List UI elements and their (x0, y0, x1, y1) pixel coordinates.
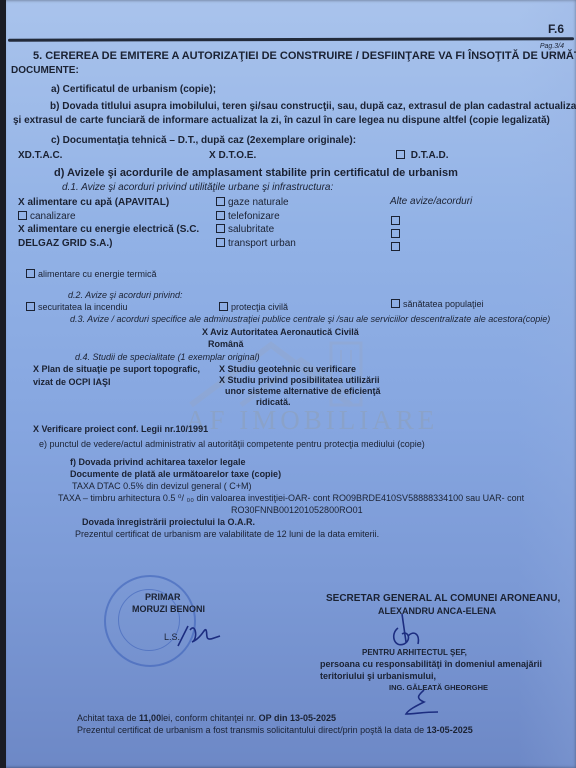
section-title: 5. CEREREA DE EMITERE A AUTORIZAŢIEI DE … (33, 50, 576, 62)
d1-thermal[interactable]: alimentare cu energie termică (26, 269, 157, 279)
d4-right-1: X Studiu geotehnic cu verificare (219, 364, 356, 374)
option-label: alimentare cu energie termică (38, 269, 157, 279)
option-label: salubritate (228, 224, 274, 235)
f-tax2: TAXA – timbru arhitectura 0.5 ⁰/ ₀₀ din … (58, 493, 524, 504)
checkbox-empty[interactable] (216, 224, 225, 233)
payment-ref: OP din 13-05-2025 (259, 713, 336, 723)
d4-right-2: X Studiu privind posibilitatea utilizări… (219, 375, 380, 385)
form-code: F.6 (548, 22, 564, 36)
checkbox-empty[interactable] (396, 150, 405, 159)
checkbox-empty[interactable] (219, 302, 228, 311)
section-title-cont: DOCUMENTE: (11, 65, 79, 76)
secretary-signature-icon (388, 612, 428, 652)
transmission-date: 13-05-2025 (427, 725, 473, 735)
checkbox-empty[interactable] (391, 242, 400, 251)
d1-phone[interactable]: telefonizare (216, 211, 280, 222)
d1-sewer[interactable]: canalizare (18, 211, 76, 222)
option-label: sănătatea populaţiei (403, 299, 484, 309)
option-label: telefonizare (228, 211, 280, 222)
checkbox-empty[interactable] (216, 238, 225, 247)
verificare: X Verificare proiect conf. Legii nr.10/1… (33, 424, 208, 434)
item-d: d) Avizele şi acordurile de amplasament … (54, 167, 458, 179)
option-label: D.T.O.E. (218, 150, 256, 161)
d1-title: d.1. Avize şi acorduri privind utilităţi… (62, 182, 333, 193)
payment-prefix: Achitat taxa de (77, 713, 139, 723)
f-tax2-account: RO30FNNB001201052800RO01 (231, 505, 363, 515)
payment-note: Achitat taxa de 11,00lei, conform chitan… (77, 713, 336, 723)
d4-title: d.4. Studii de specialitate (1 exemplar … (75, 352, 260, 362)
item-f: f) Dovada privind achitarea taxelor lega… (70, 457, 246, 467)
transmission-note: Prezentul certificat de urbanism a fost … (77, 725, 473, 735)
d1-electric-cont: DELGAZ GRID S.A.) (18, 238, 112, 249)
checkbox-empty[interactable] (216, 197, 225, 206)
check-mark: X (18, 197, 25, 208)
d2-fire[interactable]: securitatea la incendiu (26, 302, 128, 312)
f-docs: Documente de plată ale următoarelor taxe… (70, 469, 281, 479)
mayor-title: PRIMAR (145, 592, 181, 602)
transmission-prefix: Prezentul certificat de urbanism a fost … (77, 725, 427, 735)
page-label: Pag.3/4 (540, 43, 564, 50)
oar-proof: Dovada înregistrării proiectului la O.A.… (82, 517, 255, 527)
architect-role-2: teritoriului şi urbanismului, (320, 671, 436, 681)
d2-civil[interactable]: protecţia civilă (219, 302, 288, 312)
option-label: D.T.A.D. (411, 150, 449, 161)
option-label: canalizare (30, 211, 76, 222)
checkbox-empty[interactable] (216, 211, 225, 220)
watermark-text: AF IMOBILIARE (186, 405, 438, 436)
payment-mid: lei, conform chitanţei nr. (161, 713, 259, 723)
option-label: transport urban (228, 238, 296, 249)
item-b-line2: şi extrasul de carte funciară de informa… (13, 115, 550, 126)
mayor-name: MORUZI BENONI (132, 604, 205, 614)
architect-role-1: persoana cu responsabilităţi în domeniul… (320, 659, 542, 669)
option-label: D.T.A.C. (25, 150, 63, 161)
secretary-title: SECRETAR GENERAL AL COMUNEI ARONEANU, (326, 593, 560, 604)
d2-health[interactable]: sănătatea populaţiei (391, 299, 484, 309)
d1-sanitation[interactable]: salubritate (216, 224, 274, 235)
d1-other-title: Alte avize/acorduri (390, 196, 472, 207)
check-mark: X (18, 150, 25, 161)
checkbox-empty[interactable] (391, 299, 400, 308)
header-rule (8, 37, 574, 41)
d1-other-box-3[interactable] (391, 237, 403, 255)
option-label: gaze naturale (228, 197, 289, 208)
option-label: securitatea la incendiu (38, 302, 128, 312)
d3-title: d.3. Avize / acorduri specifice ale admi… (70, 314, 550, 324)
d3-item: X Aviz Autoritatea Aeronautică Civilă (202, 327, 359, 337)
d1-water[interactable]: X alimentare cu apă (APAVITAL) (18, 197, 169, 208)
option-label: alimentare cu energie electrică (S.C. (27, 224, 199, 235)
d1-transport[interactable]: transport urban (216, 238, 296, 249)
payment-amount: 11,00 (139, 713, 161, 723)
d3-item-cont: Română (208, 339, 244, 349)
d4-left-2: vizat de OCPI IAŞI (33, 377, 111, 387)
mayor-signature-icon (174, 620, 224, 650)
checkbox-empty[interactable] (26, 302, 35, 311)
item-a: a) Certificatul de urbanism (copie); (51, 84, 216, 95)
d2-title: d.2. Avize şi acorduri privind: (68, 290, 183, 300)
document-page: F.6 Pag.3/4 5. CEREREA DE EMITERE A AUTO… (6, 0, 576, 768)
checkbox-empty[interactable] (26, 269, 35, 278)
d1-electric[interactable]: X alimentare cu energie electrică (S.C. (18, 224, 199, 235)
c-option-dtoe[interactable]: X D.T.O.E. (209, 150, 256, 161)
d1-gas[interactable]: gaze naturale (216, 197, 289, 208)
check-mark: X (18, 224, 25, 235)
option-label: alimentare cu apă (APAVITAL) (27, 197, 169, 208)
validity-note: Prezentul certificat de urbanism are val… (75, 529, 379, 539)
checkbox-empty[interactable] (18, 211, 27, 220)
item-c: c) Documentaţia tehnică – D.T., după caz… (51, 135, 356, 146)
c-option-dtac[interactable]: XD.T.A.C. (18, 150, 62, 161)
architect-signature-icon (402, 688, 442, 718)
item-b-line1: b) Dovada titlului asupra imobilului, te… (50, 101, 576, 112)
check-mark: X (209, 150, 216, 161)
option-label: protecţia civilă (231, 302, 288, 312)
item-e: e) punctul de vedere/actul administrativ… (39, 439, 425, 449)
f-tax1: TAXA DTAC 0.5% din devizul general ( C+M… (72, 481, 252, 491)
architect-title: PENTRU ARHITECTUL ŞEF, (362, 648, 467, 657)
d4-right-4: ridicată. (256, 397, 291, 407)
c-option-dtad[interactable]: D.T.A.D. (396, 150, 449, 161)
d4-left-1: X Plan de situaţie pe suport topografic, (33, 364, 200, 374)
d4-right-3: unor sisteme alternative de eficienţă (225, 386, 381, 396)
